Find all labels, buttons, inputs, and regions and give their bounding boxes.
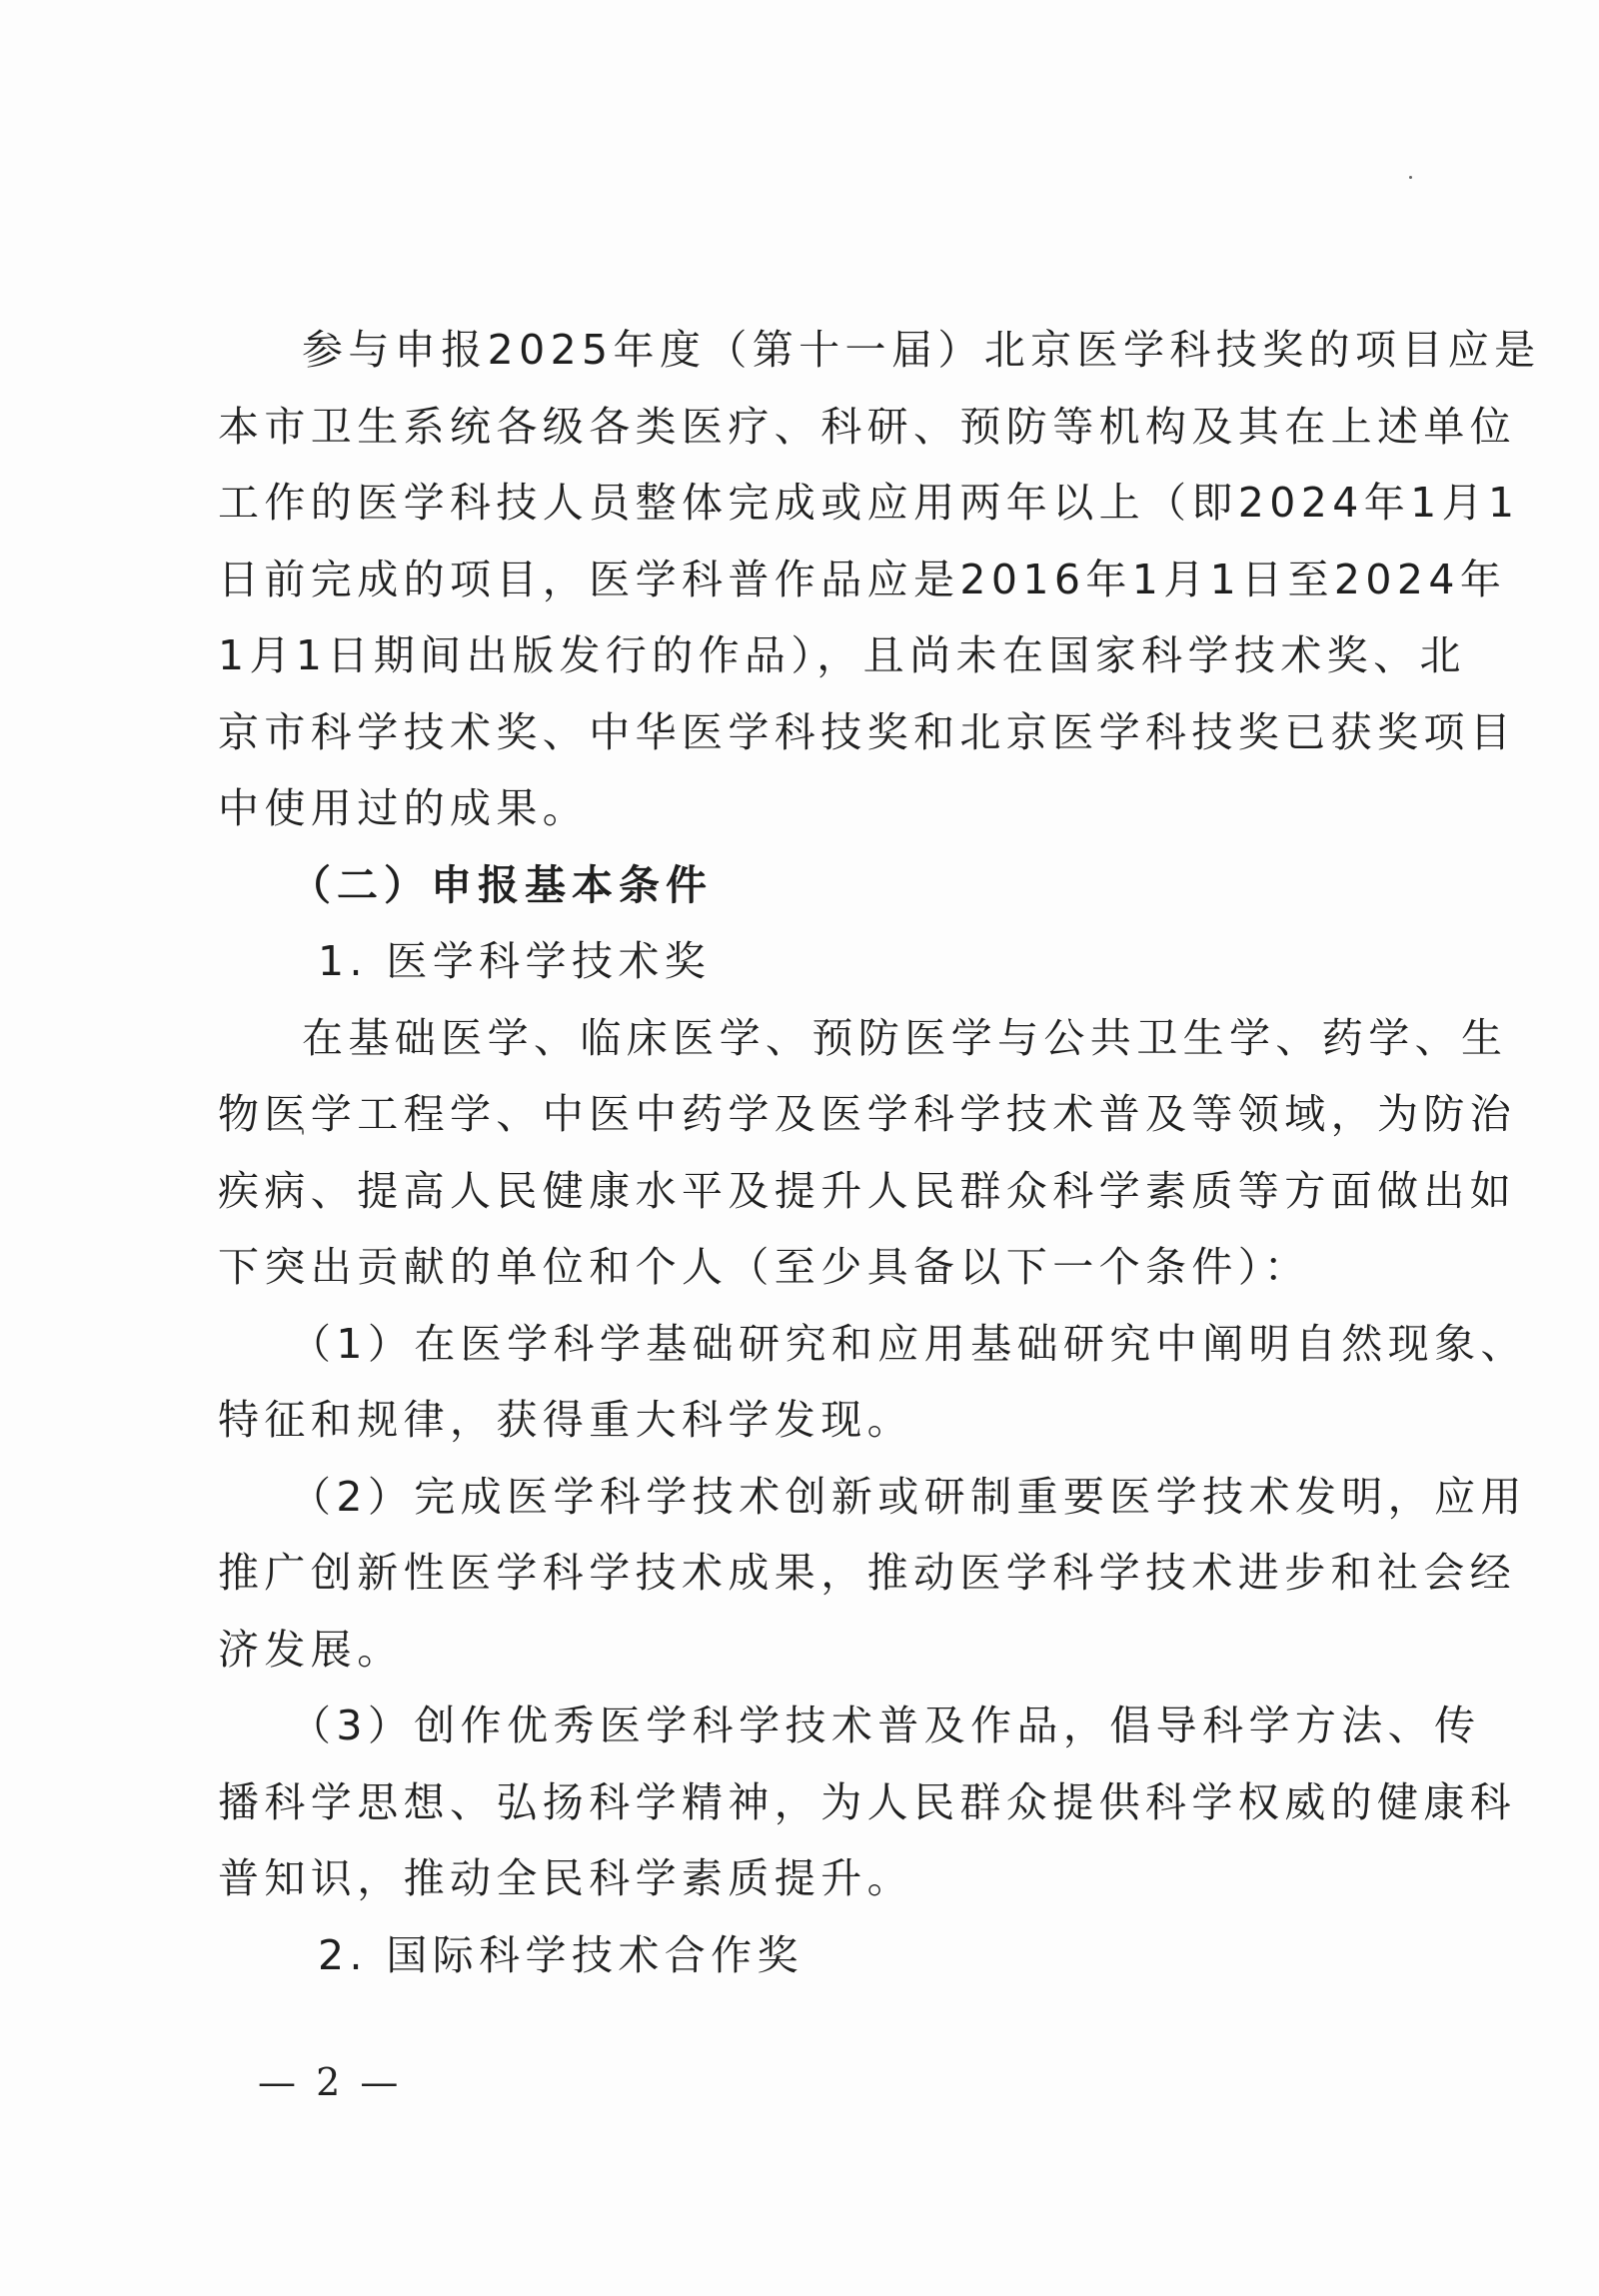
- paragraph-line: 京市科学技术奖、中华医学科技奖和北京医学科技奖已获奖项目: [218, 707, 1397, 757]
- section-heading: （二）申报基本条件: [290, 860, 1385, 910]
- paragraph-line: 普知识，推动全民科学素质提升。: [218, 1853, 1397, 1903]
- paragraph-line: 在基础医学、临床医学、预防医学与公共卫生学、药学、生: [302, 1013, 1397, 1063]
- page-number: — 2 —: [258, 2060, 402, 2104]
- paragraph-line: 本市卫生系统各级各类医疗、科研、预防等机构及其在上述单位: [218, 402, 1397, 452]
- paragraph-line: 疾病、提高人民健康水平及提升人民群众科学素质等方面做出如: [218, 1166, 1397, 1216]
- paragraph-line: 中使用过的成果。: [218, 783, 1397, 833]
- document-page: 参与申报2025年度（第十一届）北京医学科技奖的项目应是 本市卫生系统各级各类医…: [0, 0, 1599, 2296]
- subsection-heading: 2. 国际科学技术合作奖: [318, 1930, 1497, 1980]
- paragraph-line: 推广创新性医学科学技术成果，推动医学科学技术进步和社会经: [218, 1548, 1397, 1598]
- condition-item-2: （2）完成医学科学技术创新或研制重要医学技术发明，应用: [290, 1472, 1385, 1522]
- condition-item-1: （1）在医学科学基础研究和应用基础研究中阐明自然现象、: [290, 1319, 1385, 1369]
- paragraph-line: 下突出贡献的单位和个人（至少具备以下一个条件）：: [218, 1242, 1397, 1292]
- subsection-heading: 1. 医学科学技术奖: [318, 936, 1497, 986]
- scan-speck: [1409, 176, 1412, 179]
- paragraph-line: 播科学思想、弘扬科学精神，为人民群众提供科学权威的健康科: [218, 1777, 1397, 1827]
- paragraph-line: 日前完成的项目，医学科普作品应是2016年1月1日至2024年: [218, 555, 1397, 604]
- paragraph-line: 济发展。: [218, 1625, 1397, 1675]
- paragraph-line: 物医学工程学、中医中药学及医学科学技术普及等领域，为防治: [218, 1089, 1397, 1139]
- paragraph-line: 1月1日期间出版发行的作品），且尚未在国家科学技术奖、北: [218, 630, 1397, 680]
- paragraph-line: 参与申报2025年度（第十一届）北京医学科技奖的项目应是: [302, 325, 1397, 375]
- paragraph-line: 工作的医学科技人员整体完成或应用两年以上（即2024年1月1: [218, 478, 1397, 528]
- paragraph-line: 特征和规律，获得重大科学发现。: [218, 1395, 1397, 1445]
- condition-item-3: （3）创作优秀医学科学技术普及作品，倡导科学方法、传: [290, 1701, 1385, 1750]
